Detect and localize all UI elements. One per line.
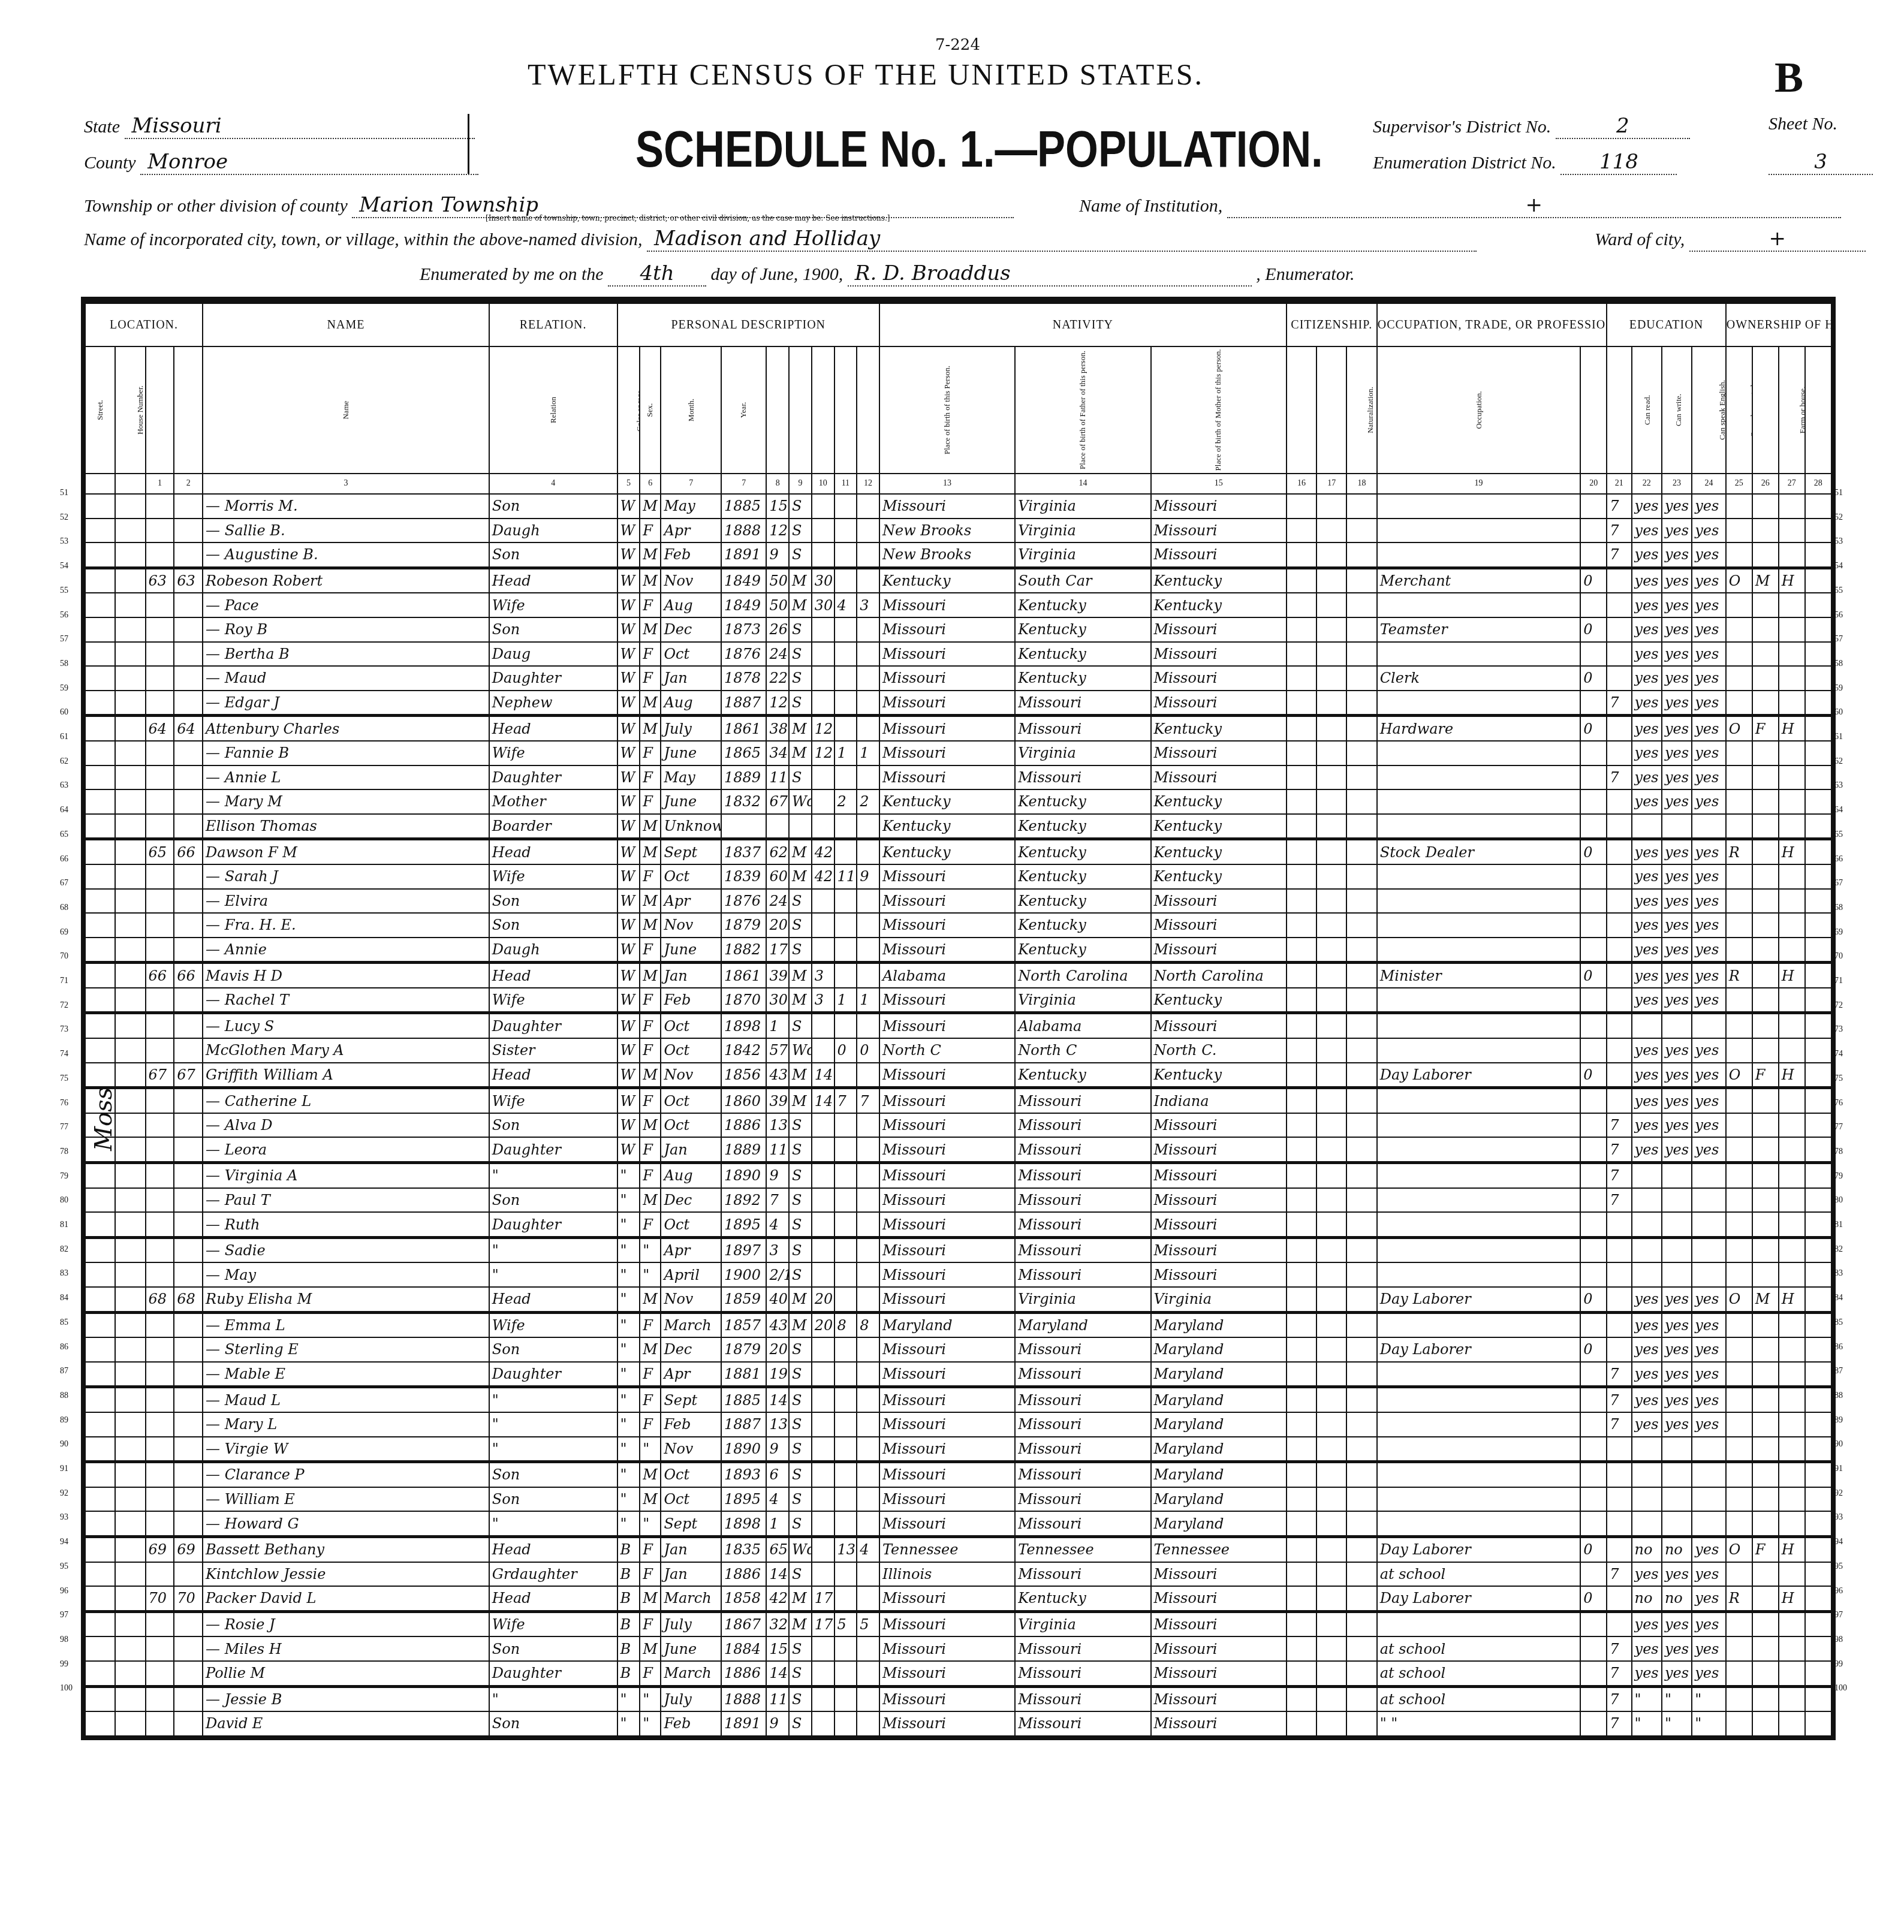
cell-occ <box>1377 1412 1580 1437</box>
cell-occ <box>1377 1013 1580 1038</box>
cell-rel: Head <box>489 1063 617 1088</box>
cell-race: W <box>617 519 640 543</box>
cell-sex: F <box>640 1611 661 1636</box>
cell-pob: Missouri <box>879 1686 1015 1711</box>
cell-dw: 69 <box>146 1536 174 1562</box>
cell-sex: M <box>640 1063 661 1088</box>
column-label: Sex. <box>640 346 661 474</box>
cell-empty <box>1287 1487 1316 1512</box>
cell-rel: Son <box>489 542 617 568</box>
cell-ms: M <box>789 963 812 988</box>
cell-empty <box>1316 741 1346 765</box>
cell-pob: Missouri <box>879 1088 1015 1113</box>
cell-eng: yes <box>1692 1412 1726 1437</box>
cell-empty <box>1805 814 1831 839</box>
cell-fh <box>1779 1562 1805 1587</box>
table-row: — William ESon"MOct18954SMissouriMissour… <box>85 1487 1831 1512</box>
cell-pobf: Missouri <box>1015 765 1150 790</box>
column-number: 6 <box>640 474 661 494</box>
cell-empty <box>115 988 145 1013</box>
cell-empty <box>1805 691 1831 716</box>
cell-fh <box>1779 741 1805 765</box>
cell-year: 1893 <box>721 1462 766 1487</box>
cell-name: — Ruth <box>203 1212 489 1237</box>
cell-own <box>1726 1661 1752 1686</box>
cell-cl <box>857 568 879 593</box>
line-number: 81 <box>1834 1220 1843 1230</box>
column-label: Mother of how many children. <box>834 346 857 474</box>
cell-empty <box>115 716 145 741</box>
line-number: 71 <box>1834 976 1843 986</box>
table-row: — Bertha BDaugWFOct187624SMissouriKentuc… <box>85 642 1831 667</box>
cell-dw <box>146 1188 174 1213</box>
cell-rel: Daughter <box>489 1137 617 1162</box>
column-label: Month. <box>661 346 721 474</box>
cell-rel: Sister <box>489 1038 617 1063</box>
table-row: — Annie LDaughterWFMay188911SMissouriMis… <box>85 765 1831 790</box>
cell-empty <box>1287 938 1316 963</box>
cell-mort <box>1752 1661 1779 1686</box>
cell-rel: " <box>489 1686 617 1711</box>
cell-ms: M <box>789 1586 812 1611</box>
cell-race: W <box>617 864 640 889</box>
cell-dw <box>146 889 174 914</box>
cell-name: — Maud <box>203 666 489 691</box>
cell-pobf: Missouri <box>1015 1437 1150 1462</box>
cell-age: 17 <box>766 938 789 963</box>
cell-mne <box>1580 1113 1607 1138</box>
cell-write <box>1662 1163 1692 1188</box>
cell-dw: 67 <box>146 1063 174 1088</box>
cell-race: " <box>617 1188 640 1213</box>
cell-empty <box>1316 1412 1346 1437</box>
cell-pob: Kentucky <box>879 568 1015 593</box>
line-number: 96 <box>1834 1587 1843 1596</box>
cell-mc <box>834 1387 857 1412</box>
cell-dw <box>146 913 174 938</box>
group-citizenship: CITIZENSHIP. <box>1287 303 1377 346</box>
cell-empty <box>85 938 115 963</box>
cell-pob: Alabama <box>879 963 1015 988</box>
schedule-title: SCHEDULE No. 1.—POPULATION. <box>635 120 1323 179</box>
enumerated-middle: day of June, 1900, <box>711 264 843 284</box>
cell-fh <box>1779 617 1805 642</box>
cell-empty <box>1805 913 1831 938</box>
cell-empty <box>1316 963 1346 988</box>
cell-month: May <box>661 765 721 790</box>
cell-fh <box>1779 1686 1805 1711</box>
cell-month: Apr <box>661 1362 721 1387</box>
cell-mc <box>834 1013 857 1038</box>
cell-ym <box>812 642 834 667</box>
cell-pob: Missouri <box>879 691 1015 716</box>
cell-pob: Missouri <box>879 716 1015 741</box>
column-label: Can speak English. <box>1692 346 1726 474</box>
cell-own <box>1726 494 1752 519</box>
line-number: 52 <box>60 513 68 523</box>
cell-race: W <box>617 593 640 617</box>
table-row: — LeoraDaughterWFJan188911SMissouriMisso… <box>85 1137 1831 1162</box>
cell-empty <box>85 1711 115 1736</box>
cell-sch <box>1607 1586 1631 1611</box>
cell-mne <box>1580 988 1607 1013</box>
table-row: — Virgie W"""Nov18909SMissouriMissouriMa… <box>85 1437 1831 1462</box>
cell-write: yes <box>1662 988 1692 1013</box>
cell-sch: 7 <box>1607 1661 1631 1686</box>
cell-fh <box>1779 1212 1805 1237</box>
cell-mort <box>1752 1511 1779 1536</box>
cell-month: June <box>661 938 721 963</box>
cell-cl <box>857 617 879 642</box>
cell-empty <box>115 1586 145 1611</box>
cell-age: 11 <box>766 765 789 790</box>
cell-race: " <box>617 1387 640 1412</box>
cell-ms: M <box>789 1312 812 1337</box>
enumeration-district-value: 118 <box>1560 150 1677 175</box>
table-row: — Alva DSonWMOct188613SMissouriMissouriM… <box>85 1113 1831 1138</box>
cell-year: 1889 <box>721 1137 766 1162</box>
cell-ms: S <box>789 1188 812 1213</box>
cell-year: 1837 <box>721 839 766 864</box>
cell-sch: 7 <box>1607 1137 1631 1162</box>
cell-year: 1888 <box>721 1686 766 1711</box>
cell-empty <box>85 963 115 988</box>
table-row: — PaceWifeWFAug184950M3043MissouriKentuc… <box>85 593 1831 617</box>
cell-own: O <box>1726 1536 1752 1562</box>
cell-occ <box>1377 1362 1580 1387</box>
cell-dw <box>146 1113 174 1138</box>
cell-rel: Wife <box>489 741 617 765</box>
cell-empty <box>1346 938 1376 963</box>
cell-pobm: Maryland <box>1151 1437 1287 1462</box>
column-label: Year. <box>721 346 766 474</box>
cell-mne <box>1580 1212 1607 1237</box>
cell-month: Feb <box>661 542 721 568</box>
cell-mne: 0 <box>1580 1063 1607 1088</box>
line-number: 95 <box>60 1562 68 1572</box>
cell-mne <box>1580 519 1607 543</box>
cell-month: Unknown <box>661 814 721 839</box>
cell-month: Sept <box>661 839 721 864</box>
cell-age: 12 <box>766 519 789 543</box>
cell-empty <box>85 691 115 716</box>
cell-rel: " <box>489 1412 617 1437</box>
cell-empty <box>85 1387 115 1412</box>
cell-empty <box>1805 1262 1831 1287</box>
cell-race: B <box>617 1611 640 1636</box>
cell-pob: Kentucky <box>879 814 1015 839</box>
cell-race: W <box>617 988 640 1013</box>
cell-mort <box>1752 1262 1779 1287</box>
cell-own <box>1726 1038 1752 1063</box>
cell-empty <box>1805 568 1831 593</box>
cell-own <box>1726 1487 1752 1512</box>
cell-dw <box>146 1312 174 1337</box>
cell-race: W <box>617 814 640 839</box>
population-schedule-table: LOCATION. NAME RELATION. PERSONAL DESCRI… <box>81 297 1836 1740</box>
cell-ym: 12 <box>812 716 834 741</box>
cell-write: yes <box>1662 494 1692 519</box>
cell-race: W <box>617 1013 640 1038</box>
cell-age: 50 <box>766 593 789 617</box>
cell-eng: yes <box>1692 988 1726 1013</box>
cell-mort <box>1752 593 1779 617</box>
cell-pobf: Missouri <box>1015 716 1150 741</box>
cell-ms: S <box>789 642 812 667</box>
cell-mne <box>1580 642 1607 667</box>
cell-ms: M <box>789 1287 812 1312</box>
cell-empty <box>1346 889 1376 914</box>
cell-empty <box>1346 864 1376 889</box>
cell-pob: Kentucky <box>879 839 1015 864</box>
cell-eng: yes <box>1692 1362 1726 1387</box>
line-number: 88 <box>1834 1391 1843 1401</box>
cell-fam <box>174 1437 203 1462</box>
cell-fh: H <box>1779 963 1805 988</box>
cell-year: 1888 <box>721 519 766 543</box>
column-number: 1 <box>146 474 174 494</box>
cell-age: 24 <box>766 642 789 667</box>
cell-occ <box>1377 1611 1580 1636</box>
cell-sch: 7 <box>1607 1188 1631 1213</box>
cell-eng <box>1692 1487 1726 1512</box>
cell-empty <box>1287 741 1316 765</box>
cell-read <box>1632 1262 1662 1287</box>
supervisor-district-value: 2 <box>1556 114 1690 139</box>
line-number: 86 <box>60 1343 68 1352</box>
cell-sch: 7 <box>1607 1412 1631 1437</box>
cell-year: 1885 <box>721 1387 766 1412</box>
cell-pobm: Missouri <box>1151 1237 1287 1262</box>
cell-name: — May <box>203 1262 489 1287</box>
cell-dw: 63 <box>146 568 174 593</box>
cell-month: Dec <box>661 1188 721 1213</box>
line-number: 64 <box>60 806 68 815</box>
cell-read: yes <box>1632 963 1662 988</box>
cell-mc <box>834 1412 857 1437</box>
cell-race: " <box>617 1237 640 1262</box>
cell-fh <box>1779 542 1805 568</box>
cell-empty <box>115 1636 145 1661</box>
cell-fam: 69 <box>174 1536 203 1562</box>
line-number: 95 <box>1834 1562 1843 1572</box>
cell-sex: M <box>640 1487 661 1512</box>
cell-pobf: Missouri <box>1015 691 1150 716</box>
cell-own <box>1726 1636 1752 1661</box>
cell-own <box>1726 1113 1752 1138</box>
cell-empty <box>1287 494 1316 519</box>
cell-dw <box>146 1462 174 1487</box>
cell-dw <box>146 1487 174 1512</box>
schedule-rows: — Morris M.SonWMMay188515SMissouriVirgin… <box>85 494 1831 1736</box>
cell-year: 1890 <box>721 1437 766 1462</box>
line-number: 65 <box>1834 830 1843 840</box>
cell-empty <box>1287 1262 1316 1287</box>
cell-read: yes <box>1632 568 1662 593</box>
cell-read <box>1632 1237 1662 1262</box>
cell-pob: Missouri <box>879 1711 1015 1736</box>
cell-empty <box>85 1661 115 1686</box>
cell-read: yes <box>1632 1611 1662 1636</box>
cell-name: — Bertha B <box>203 642 489 667</box>
cell-read: yes <box>1632 741 1662 765</box>
cell-empty <box>1805 494 1831 519</box>
cell-pob: New Brooks <box>879 519 1015 543</box>
sheet-no-label: Sheet No. <box>1769 114 1837 134</box>
cell-sch <box>1607 1038 1631 1063</box>
line-number: 73 <box>1834 1025 1843 1035</box>
cell-month: March <box>661 1586 721 1611</box>
cell-month: Feb <box>661 1412 721 1437</box>
cell-write: yes <box>1662 1137 1692 1162</box>
cell-cl: 2 <box>857 789 879 814</box>
cell-mne <box>1580 1511 1607 1536</box>
line-number: 57 <box>1834 635 1843 644</box>
cell-race: W <box>617 1137 640 1162</box>
cell-race: W <box>617 617 640 642</box>
cell-ym <box>812 1212 834 1237</box>
cell-empty <box>1287 1611 1316 1636</box>
cell-cl <box>857 716 879 741</box>
institution-label: Name of Institution, <box>1079 196 1222 216</box>
cell-fam <box>174 617 203 642</box>
cell-month: Oct <box>661 642 721 667</box>
cell-rel: Wife <box>489 1611 617 1636</box>
cell-fh <box>1779 1611 1805 1636</box>
line-number: 96 <box>60 1587 68 1596</box>
cell-pobm: Missouri <box>1151 1163 1287 1188</box>
cell-rel: Head <box>489 568 617 593</box>
cell-write: yes <box>1662 1636 1692 1661</box>
cell-empty <box>115 1437 145 1462</box>
cell-mc <box>834 1636 857 1661</box>
cell-cl <box>857 1287 879 1312</box>
cell-ym <box>812 789 834 814</box>
cell-ms: S <box>789 1462 812 1487</box>
cell-pobm: Missouri <box>1151 642 1287 667</box>
cell-pob: Missouri <box>879 642 1015 667</box>
cell-rel: Son <box>489 494 617 519</box>
cell-pobf: Virginia <box>1015 542 1150 568</box>
cell-own <box>1726 741 1752 765</box>
cell-fh <box>1779 642 1805 667</box>
cell-sex: M <box>640 1337 661 1362</box>
cell-mne <box>1580 1611 1607 1636</box>
line-number: 61 <box>1834 733 1843 742</box>
cell-race: W <box>617 1088 640 1113</box>
table-row: — Augustine B.SonWMFeb18919SNew BrooksVi… <box>85 542 1831 568</box>
cell-pobf: Kentucky <box>1015 938 1150 963</box>
cell-pobm: Missouri <box>1151 519 1287 543</box>
table-row: — Sallie B.DaughWFApr188812SNew BrooksVi… <box>85 519 1831 543</box>
cell-occ: at school <box>1377 1686 1580 1711</box>
cell-mort <box>1752 741 1779 765</box>
cell-sch <box>1607 568 1631 593</box>
cell-age: 6 <box>766 1462 789 1487</box>
cell-empty <box>1346 839 1376 864</box>
cell-pobm: Maryland <box>1151 1337 1287 1362</box>
cell-mne: 0 <box>1580 617 1607 642</box>
cell-eng: yes <box>1692 519 1726 543</box>
cell-occ: " " <box>1377 1711 1580 1736</box>
cell-empty <box>115 666 145 691</box>
cell-mne: 0 <box>1580 1287 1607 1312</box>
cell-sch <box>1607 988 1631 1013</box>
cell-cl <box>857 1362 879 1387</box>
cell-empty <box>1316 1113 1346 1138</box>
cell-empty <box>1287 988 1316 1013</box>
cell-rel: Son <box>489 1337 617 1362</box>
cell-race: W <box>617 913 640 938</box>
cell-sex: F <box>640 1212 661 1237</box>
table-row: — Lucy SDaughterWFOct18981SMissouriAlaba… <box>85 1013 1831 1038</box>
cell-month: Nov <box>661 1287 721 1312</box>
cell-fh <box>1779 1337 1805 1362</box>
cell-empty <box>85 716 115 741</box>
line-number: 74 <box>1834 1050 1843 1059</box>
cell-empty <box>1805 988 1831 1013</box>
cell-ym <box>812 1511 834 1536</box>
column-number: 18 <box>1346 474 1376 494</box>
cell-mort <box>1752 691 1779 716</box>
cell-occ <box>1377 1462 1580 1487</box>
cell-month: Feb <box>661 988 721 1013</box>
cell-empty <box>115 789 145 814</box>
cell-mne <box>1580 1262 1607 1287</box>
ward-value: + <box>1689 227 1866 252</box>
cell-read: yes <box>1632 519 1662 543</box>
cell-pobf: Virginia <box>1015 519 1150 543</box>
cell-year: 1891 <box>721 1711 766 1736</box>
cell-empty <box>1346 666 1376 691</box>
cell-name: — Emma L <box>203 1312 489 1337</box>
cell-write: yes <box>1662 938 1692 963</box>
group-ownership: OWNERSHIP OF HOME. <box>1726 303 1831 346</box>
cell-sex: F <box>640 988 661 1013</box>
cell-occ <box>1377 789 1580 814</box>
cell-year: 1839 <box>721 864 766 889</box>
line-number: 66 <box>1834 855 1843 864</box>
cell-write: yes <box>1662 1337 1692 1362</box>
cell-read: yes <box>1632 1088 1662 1113</box>
cell-pob: Missouri <box>879 1063 1015 1088</box>
cell-empty <box>1316 1387 1346 1412</box>
cell-occ: Hardware <box>1377 716 1580 741</box>
cell-fh <box>1779 1362 1805 1387</box>
cell-age: 14 <box>766 1562 789 1587</box>
cell-read: yes <box>1632 1661 1662 1686</box>
cell-occ <box>1377 741 1580 765</box>
cell-pobm: North C. <box>1151 1038 1287 1063</box>
cell-write: yes <box>1662 839 1692 864</box>
cell-pob: Missouri <box>879 1287 1015 1312</box>
line-number: 53 <box>60 537 68 547</box>
cell-eng: yes <box>1692 1636 1726 1661</box>
cell-name: — William E <box>203 1487 489 1512</box>
cell-ym <box>812 889 834 914</box>
cell-empty <box>115 1387 145 1412</box>
cell-fam <box>174 1487 203 1512</box>
cell-pob: Missouri <box>879 617 1015 642</box>
cell-ms: S <box>789 1686 812 1711</box>
cell-mne <box>1580 864 1607 889</box>
column-label: Relation <box>489 346 617 474</box>
cell-read <box>1632 814 1662 839</box>
cell-sex: F <box>640 666 661 691</box>
cell-ms: S <box>789 1562 812 1587</box>
cell-mc <box>834 1137 857 1162</box>
cell-empty <box>85 1362 115 1387</box>
